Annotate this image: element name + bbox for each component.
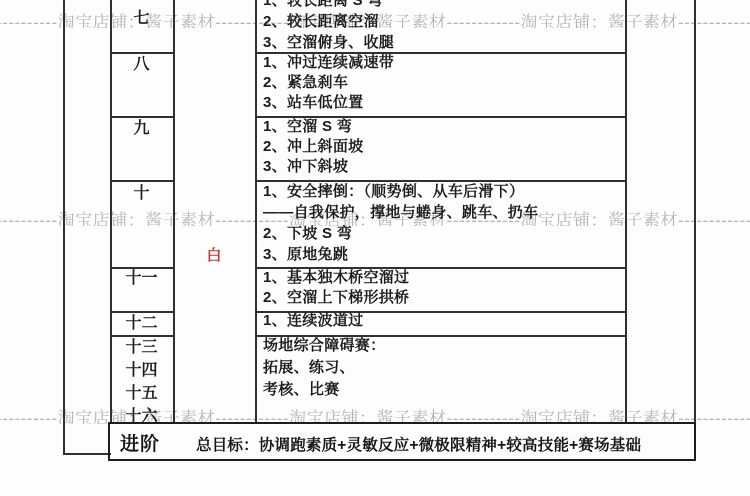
lesson-number-fourteen: 十四 bbox=[110, 359, 173, 382]
course-item: 3、站车低位置 bbox=[263, 93, 623, 113]
lesson-content-ten: 1、安全摔倒：（顺势倒、从车后滑下） ——自我保护，撑地与蜷身、跳车、扔车 2、… bbox=[263, 181, 623, 265]
course-item: 2、较长距离空溜 bbox=[263, 11, 623, 32]
course-item: 1、冲过连续减速带 bbox=[263, 53, 623, 73]
lesson-number-sixteen: 十六 bbox=[110, 405, 173, 428]
course-item: 场地综合障碍赛： bbox=[263, 335, 623, 357]
course-item: 1、连续波道过 bbox=[263, 311, 623, 331]
level-label-white: 白 bbox=[173, 244, 255, 265]
stage-name: 进阶 bbox=[120, 429, 160, 456]
table-gridline bbox=[625, 0, 627, 422]
lesson-number-nine: 九 bbox=[110, 118, 173, 139]
course-item: 1、空溜 S 弯 bbox=[263, 117, 623, 137]
lesson-number-fifteen: 十五 bbox=[110, 382, 173, 405]
course-item: ——自我保护，撑地与蜷身、跳车、扔车 bbox=[263, 202, 623, 223]
course-item: 3、冲下斜坡 bbox=[263, 157, 623, 177]
course-item: 1、较长距离 S 弯 bbox=[263, 0, 623, 11]
lesson-content-eight: 1、冲过连续减速带 2、紧急刹车 3、站车低位置 bbox=[263, 53, 623, 113]
course-item: 3、原地兔跳 bbox=[263, 244, 623, 265]
lesson-number-eleven: 十一 bbox=[110, 268, 173, 289]
lesson-number-thirteen-to-sixteen: 十三 十四 十五 十六 bbox=[110, 336, 173, 428]
lesson-number-seven: 七 bbox=[110, 8, 173, 29]
lesson-number-thirteen: 十三 bbox=[110, 336, 173, 359]
course-item: 1、安全摔倒：（顺势倒、从车后滑下） bbox=[263, 181, 623, 202]
lesson-content-eleven: 1、基本独木桥空溜过 2、空溜上下梯形拱桥 bbox=[263, 268, 623, 308]
lesson-content-thirteen-to-sixteen: 场地综合障碍赛： 拓展、练习、 考核、比赛 bbox=[263, 335, 623, 401]
table-gridline bbox=[63, 453, 111, 455]
lesson-content-nine: 1、空溜 S 弯 2、冲上斜面坡 3、冲下斜坡 bbox=[263, 117, 623, 177]
scanned-training-table-page: ----------淘宝店铺：酱子素材------------淘宝店铺：酱子素材… bbox=[0, 0, 750, 496]
table-gridline bbox=[110, 180, 174, 182]
course-item: 2、冲上斜面坡 bbox=[263, 137, 623, 157]
course-item: 2、空溜上下梯形拱桥 bbox=[263, 288, 623, 308]
course-item: 3、空溜俯身、收腿 bbox=[263, 32, 623, 53]
stage-goal: 总目标：协调跑素质+灵敏反应+微极限精神+较高技能+赛场基础 bbox=[196, 433, 641, 455]
table-gridline bbox=[63, 0, 65, 454]
course-item: 1、基本独木桥空溜过 bbox=[263, 268, 623, 288]
table-gridline bbox=[255, 0, 257, 422]
lesson-content-seven: 1、较长距离 S 弯 2、较长距离空溜 3、空溜俯身、收腿 bbox=[263, 0, 623, 53]
course-item: 拓展、练习、 bbox=[263, 357, 623, 379]
lesson-number-ten: 十 bbox=[110, 183, 173, 204]
lesson-number-eight: 八 bbox=[110, 54, 173, 75]
table-gridline bbox=[694, 0, 696, 422]
lesson-content-twelve: 1、连续波道过 bbox=[263, 311, 623, 331]
table-gridline bbox=[173, 0, 175, 422]
lesson-number-twelve: 十二 bbox=[110, 313, 173, 334]
course-item: 2、下坡 S 弯 bbox=[263, 223, 623, 244]
course-item: 考核、比赛 bbox=[263, 379, 623, 401]
course-item: 2、紧急刹车 bbox=[263, 73, 623, 93]
